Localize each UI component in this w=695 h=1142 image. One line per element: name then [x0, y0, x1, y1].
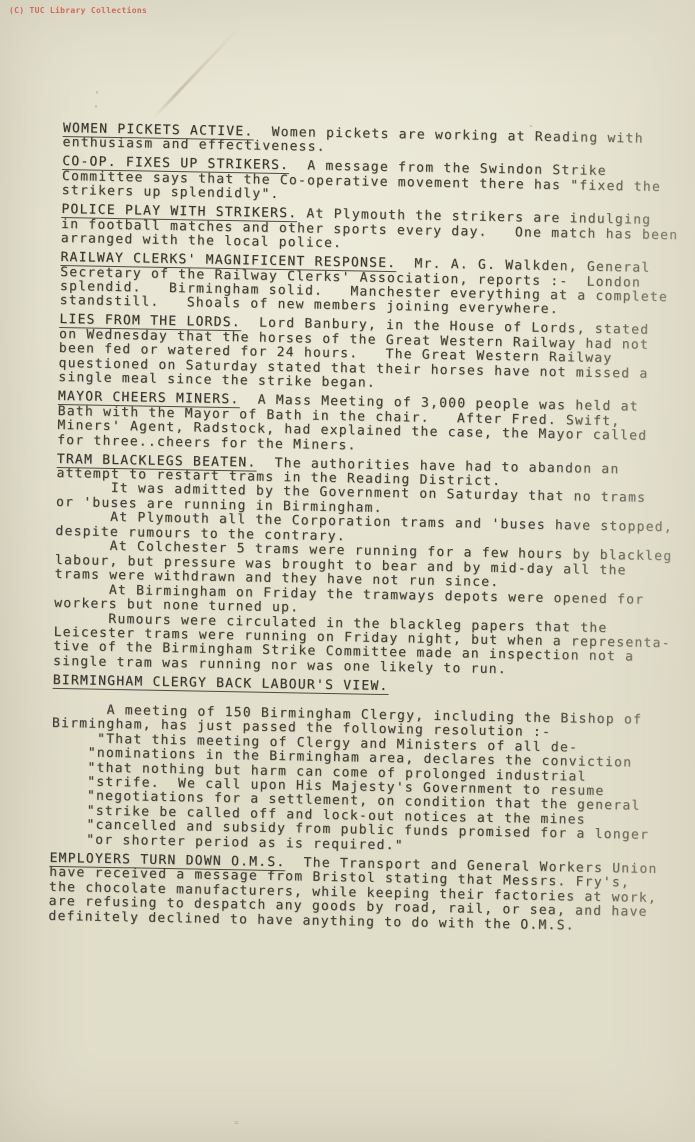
typewritten-text-block: WOMEN PICKETS ACTIVE. Women pickets are …	[48, 122, 663, 939]
stray-mark: =	[234, 1118, 239, 1127]
stray-mark: '	[94, 90, 100, 101]
document-section: LIES FROM THE LORDS. Lord Banbury, in th…	[58, 313, 659, 396]
document-section: BIRMINGHAM CLERGY BACK LABOUR'S VIEW. A …	[50, 674, 653, 858]
document-section: POLICE PLAY WITH STRIKERS. At Plymouth t…	[61, 203, 662, 257]
scanned-document-page: (C) TUC Library Collections ' ' - = WOME…	[0, 0, 695, 1142]
copyright-stamp: (C) TUC Library Collections	[9, 6, 147, 15]
document-section: TRAM BLACKLEGS BEATEN. The authorities h…	[53, 452, 657, 680]
document-section: MAYOR CHEERS MINERS. A Mass Meeting of 3…	[57, 390, 658, 459]
document-section: CO-OP. FIXES UP STRIKERS. A message from…	[62, 155, 663, 209]
stray-mark: '	[93, 104, 99, 115]
document-section: EMPLOYERS TURN DOWN O.M.S. The Transport…	[48, 852, 649, 935]
document-section: RAILWAY CLERKS' MAGNIFICENT RESPONSE. Mr…	[60, 251, 661, 320]
paper-crease-mark	[151, 23, 244, 121]
